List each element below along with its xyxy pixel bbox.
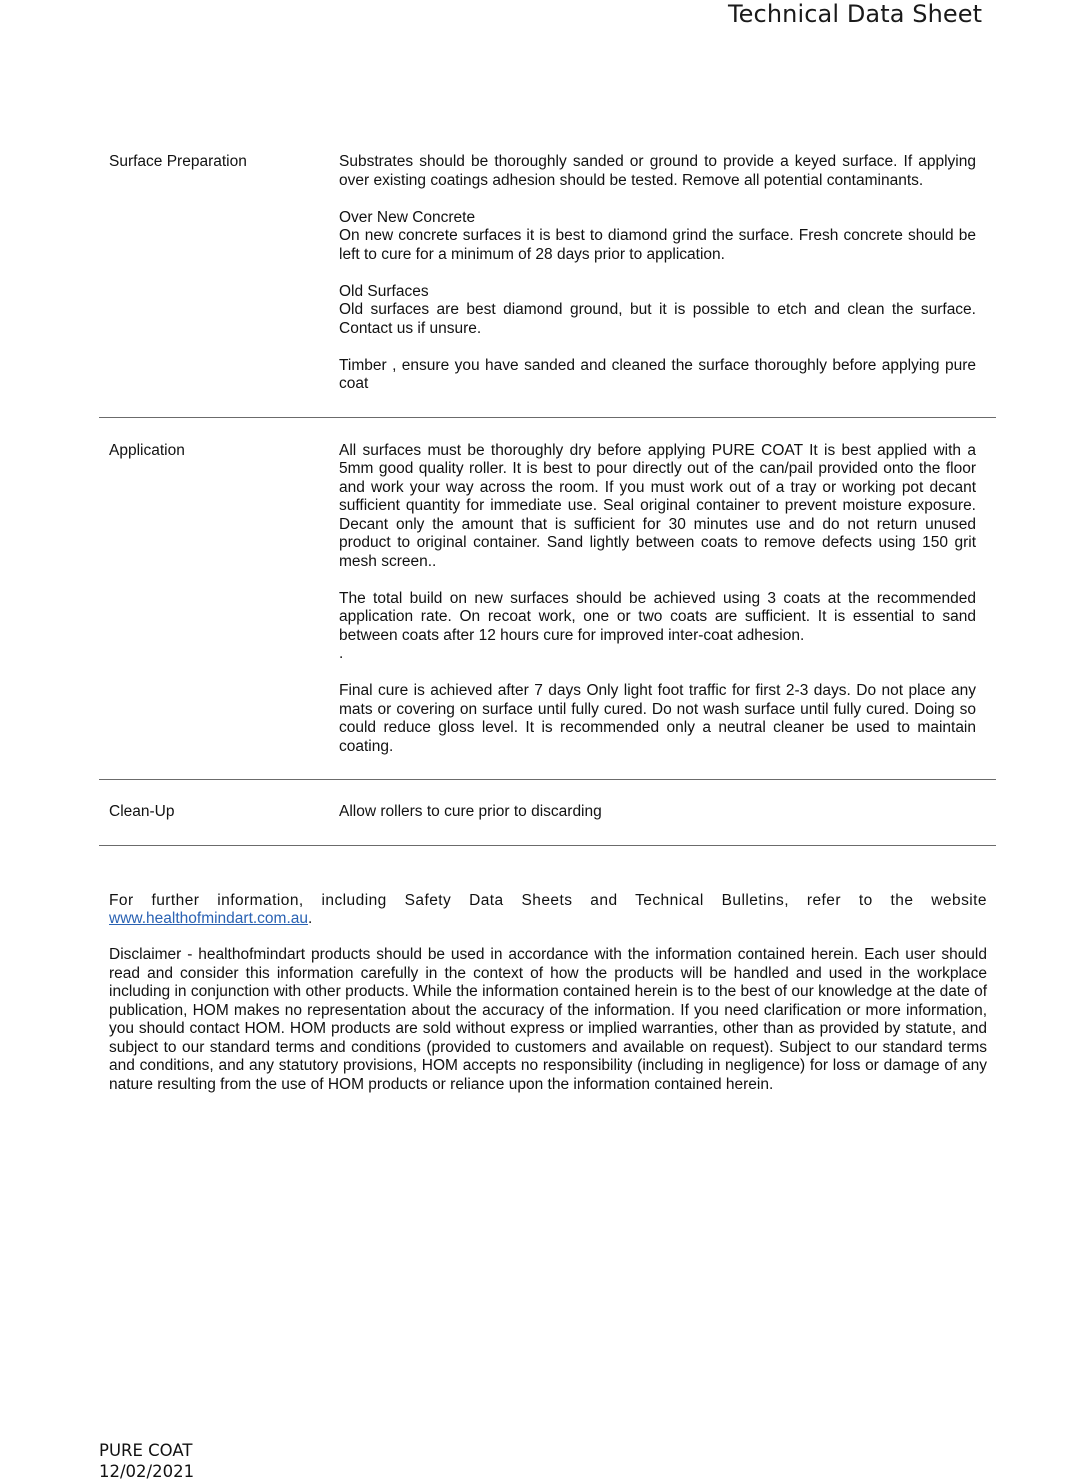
paragraph-text: Substrates should be thoroughly sanded o… (339, 153, 976, 189)
further-information: For further information, including Safet… (109, 892, 987, 928)
paragraph-heading: Over New Concrete (339, 209, 976, 228)
further-info-text: For further information, including Safet… (109, 892, 987, 909)
paragraph: Old SurfacesOld surfaces are best diamon… (339, 283, 976, 339)
paragraph-text: On new concrete surfaces it is best to d… (339, 227, 976, 263)
disclaimer: Disclaimer - healthofmindart products sh… (109, 946, 987, 1094)
website-link[interactable]: www.healthofmindart.com.au (109, 910, 308, 927)
section-body: All surfaces must be thoroughly dry befo… (339, 442, 976, 757)
paragraph-trailing: . (339, 645, 343, 662)
paragraph: All surfaces must be thoroughly dry befo… (339, 442, 976, 572)
footer-date: 12/02/2021 (99, 1461, 194, 1480)
section-application: Application All surfaces must be thoroug… (99, 418, 996, 780)
section-clean-up: Clean-Up Allow rollers to cure prior to … (99, 780, 996, 845)
section-label: Surface Preparation (99, 153, 339, 394)
paragraph-text: Final cure is achieved after 7 days Only… (339, 682, 976, 755)
paragraph: Allow rollers to cure prior to discardin… (339, 803, 976, 822)
page-footer: PURE COAT 12/02/2021 (99, 1440, 194, 1480)
section-body: Allow rollers to cure prior to discardin… (339, 803, 976, 822)
section-label: Application (99, 442, 339, 757)
paragraph: Final cure is achieved after 7 days Only… (339, 682, 976, 756)
footer-product-name: PURE COAT (99, 1440, 194, 1461)
paragraph-text: The total build on new surfaces should b… (339, 590, 976, 644)
section-surface-preparation: Surface Preparation Substrates should be… (99, 153, 996, 417)
paragraph: The total build on new surfaces should b… (339, 590, 976, 664)
data-sheet-sections: Surface Preparation Substrates should be… (99, 153, 996, 846)
paragraph: Over New ConcreteOn new concrete surface… (339, 209, 976, 265)
section-body: Substrates should be thoroughly sanded o… (339, 153, 976, 394)
section-divider (99, 845, 996, 846)
document-title: Technical Data Sheet (728, 0, 982, 28)
paragraph: Timber , ensure you have sanded and clea… (339, 357, 976, 394)
paragraph-text: Timber , ensure you have sanded and clea… (339, 357, 976, 393)
section-label: Clean-Up (99, 803, 339, 822)
paragraph-heading: Old Surfaces (339, 283, 976, 302)
further-info-period: . (308, 910, 313, 927)
paragraph-text: Old surfaces are best diamond ground, bu… (339, 301, 976, 337)
paragraph: Substrates should be thoroughly sanded o… (339, 153, 976, 190)
paragraph-text: All surfaces must be thoroughly dry befo… (339, 442, 976, 570)
paragraph-text: Allow rollers to cure prior to discardin… (339, 803, 602, 820)
